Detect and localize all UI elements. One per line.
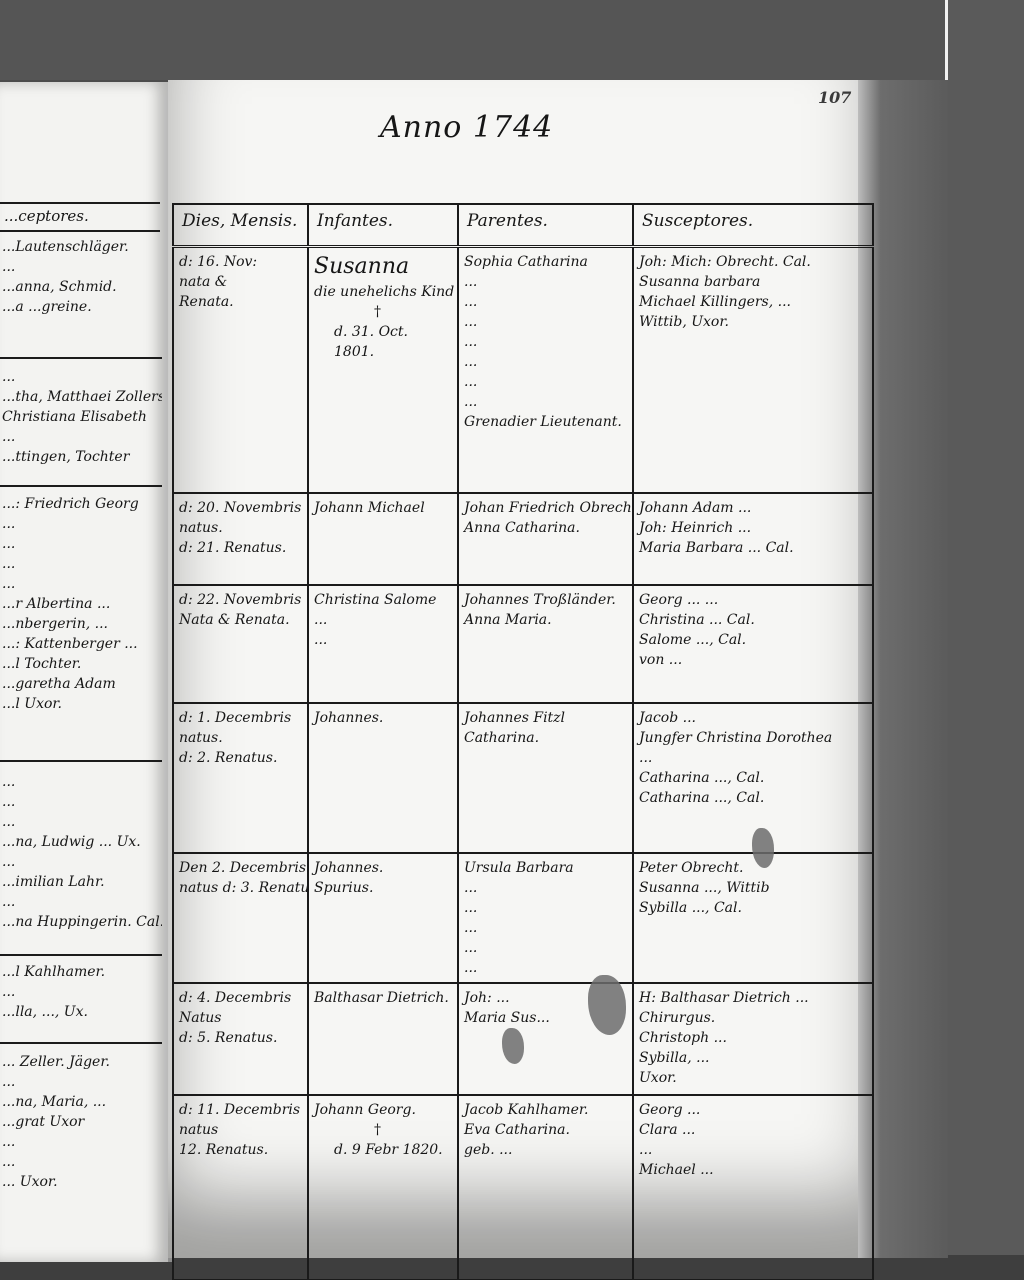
- left-page-line: ...anna, Schmid.: [2, 277, 162, 297]
- scanner-background-top: [0, 0, 1024, 80]
- date-line: d: 20. Novembris: [179, 498, 302, 518]
- sponsor-line: Michael Killingers, ...: [639, 292, 867, 312]
- infant-note: ...: [314, 610, 452, 630]
- parent-line: Johannes Fitzl: [464, 708, 627, 728]
- column-header-infants: Infantes.: [308, 204, 458, 247]
- date-line: natus.: [179, 728, 302, 748]
- infant-name: Johannes.: [314, 708, 452, 728]
- left-page-entry: ......tha, Matthaei Zollers ...Christian…: [2, 367, 162, 467]
- left-page-line: ...: [2, 772, 162, 792]
- sponsor-line: Joh: Mich: Obrecht. Cal.: [639, 252, 867, 272]
- parent-line: ...: [464, 918, 627, 938]
- left-page-line: ...: [2, 812, 162, 832]
- entry-date: d: 20. Novembrisnatus.d: 21. Renatus.: [173, 493, 308, 585]
- sponsor-line: Sybilla ..., Cal.: [639, 898, 867, 918]
- entry-infant: Johannes.Spurius.: [308, 853, 458, 983]
- left-page-line: ...: [2, 534, 162, 554]
- parent-line: ...: [464, 392, 627, 412]
- column-header-parents: Parentes.: [458, 204, 633, 247]
- infant-name: Balthasar Dietrich.: [314, 988, 452, 1008]
- ink-stain: [752, 828, 774, 868]
- entry-sponsors: Johann Adam ...Joh: Heinrich ...Maria Ba…: [633, 493, 873, 585]
- date-line: d: 1. Decembris: [179, 708, 302, 728]
- parent-line: Sophia Catharina: [464, 252, 627, 272]
- infant-name: Johannes.: [314, 858, 452, 878]
- left-page-rule: [0, 357, 162, 359]
- scanner-background-right: [945, 0, 1024, 1280]
- entry-infant: Johann Georg.†d. 9 Febr 1820.: [308, 1095, 458, 1280]
- sponsor-line: Joh: Heinrich ...: [639, 518, 867, 538]
- entry-infant: Susannadie unehelichs Kind†d. 31. Oct. 1…: [308, 247, 458, 493]
- sponsor-line: Peter Obrecht.: [639, 858, 867, 878]
- infant-name: Johann Michael: [314, 498, 452, 518]
- left-page-line: ...lla, ..., Ux.: [2, 1002, 162, 1022]
- left-page-rule: [0, 760, 162, 762]
- folio-number: 107: [818, 88, 851, 107]
- left-page-fragment: ...ceptores. ...Lautenschläger.......ann…: [0, 82, 174, 1262]
- infant-name: Christina Salome: [314, 590, 452, 610]
- left-page-line: ...garetha Adam: [2, 674, 162, 694]
- register-entry-row: d: 16. Nov:nata &Renata.Susannadie unehe…: [173, 247, 873, 493]
- parent-line: ...: [464, 312, 627, 332]
- sponsor-line: Catharina ..., Cal.: [639, 788, 867, 808]
- parent-line: ...: [464, 332, 627, 352]
- entry-sponsors: Georg ... ...Christina ... Cal.Salome ..…: [633, 585, 873, 703]
- left-page-line: Christiana Elisabeth: [2, 407, 162, 427]
- left-page-line: ...r Albertina ...: [2, 594, 162, 614]
- column-header-sponsors: Susceptores.: [633, 204, 873, 247]
- left-page-line: ...na Huppingerin. Cal.: [2, 912, 162, 932]
- sponsor-line: Johann Adam ...: [639, 498, 867, 518]
- baptism-register-table: Dies, Mensis. Infantes. Parentes. Suscep…: [172, 203, 874, 1280]
- left-page-line: ...: [2, 427, 162, 447]
- parent-line: Grenadier Lieutenant.: [464, 412, 627, 432]
- parent-line: Eva Catharina.: [464, 1120, 627, 1140]
- sponsor-line: Georg ... ...: [639, 590, 867, 610]
- infant-note: ...: [314, 630, 452, 650]
- entry-parents: Jacob Kahlhamer.Eva Catharina.geb. ...: [458, 1095, 633, 1280]
- left-page-entry: ...Lautenschläger.......anna, Schmid....…: [2, 237, 162, 317]
- date-line: d: 4. Decembris: [179, 988, 302, 1008]
- year-heading: Anno 1744: [380, 110, 553, 145]
- sponsor-line: Christoph ...: [639, 1028, 867, 1048]
- sponsor-line: Clara ...: [639, 1120, 867, 1140]
- left-page-line: ...: [2, 1072, 162, 1092]
- register-entry-row: Den 2. Decembrisnatus d: 3. Renatus.Joha…: [173, 853, 873, 983]
- left-page-line: ... Zeller. Jäger.: [2, 1052, 162, 1072]
- parent-line: Johannes Troßländer.: [464, 590, 627, 610]
- infant-name: Johann Georg.: [314, 1100, 452, 1120]
- parent-line: geb. ...: [464, 1140, 627, 1160]
- left-page-line: ...: [2, 792, 162, 812]
- entry-sponsors: H: Balthasar Dietrich ...Chirurgus.Chris…: [633, 983, 873, 1095]
- parent-line: ...: [464, 898, 627, 918]
- entry-sponsors: Peter Obrecht.Susanna ..., WittibSybilla…: [633, 853, 873, 983]
- parent-line: Jacob Kahlhamer.: [464, 1100, 627, 1120]
- sponsor-line: Susanna barbara: [639, 272, 867, 292]
- sponsor-line: Christina ... Cal.: [639, 610, 867, 630]
- sponsor-line: ...: [639, 748, 867, 768]
- parent-line: ...: [464, 372, 627, 392]
- entry-date: d: 16. Nov:nata &Renata.: [173, 247, 308, 493]
- parent-line: ...: [464, 352, 627, 372]
- left-page-line: ...ttingen, Tochter: [2, 447, 162, 467]
- sponsor-line: H: Balthasar Dietrich ...: [639, 988, 867, 1008]
- left-page-line: ...: [2, 982, 162, 1002]
- left-page-line: ...: [2, 1132, 162, 1152]
- left-page-line: ...: [2, 1152, 162, 1172]
- parent-line: Catharina.: [464, 728, 627, 748]
- sponsor-line: Michael ...: [639, 1160, 867, 1180]
- entry-sponsors: Joh: Mich: Obrecht. Cal.Susanna barbaraM…: [633, 247, 873, 493]
- death-cross-icon: †: [314, 302, 452, 322]
- date-line: d: 16. Nov:: [179, 252, 302, 272]
- left-page-line: ...: Kattenberger ...: [2, 634, 162, 654]
- left-page-line: ...grat Uxor: [2, 1112, 162, 1132]
- sponsor-line: von ...: [639, 650, 867, 670]
- parent-line: Johan Friedrich Obrecht.: [464, 498, 627, 518]
- left-page-line: ...Lautenschläger.: [2, 237, 162, 257]
- entry-parents: Sophia Catharina.....................Gre…: [458, 247, 633, 493]
- left-page-line: ...na, Ludwig ... Ux.: [2, 832, 162, 852]
- date-line: Renata.: [179, 292, 302, 312]
- sponsor-line: ...: [639, 1140, 867, 1160]
- entry-date: d: 22. NovembrisNata & Renata.: [173, 585, 308, 703]
- left-page-header-text: ...ceptores.: [4, 207, 89, 225]
- entry-date: Den 2. Decembrisnatus d: 3. Renatus.: [173, 853, 308, 983]
- date-line: natus.: [179, 518, 302, 538]
- left-page-column-header: ...ceptores.: [0, 202, 160, 232]
- entry-infant: Balthasar Dietrich.: [308, 983, 458, 1095]
- date-line: natus d: 3. Renatus.: [179, 878, 302, 898]
- left-page-entry: ............na, Ludwig ... Ux.......imil…: [2, 772, 162, 932]
- register-entry-row: d: 22. NovembrisNata & Renata.Christina …: [173, 585, 873, 703]
- sponsor-line: Wittib, Uxor.: [639, 312, 867, 332]
- column-header-date: Dies, Mensis.: [173, 204, 308, 247]
- date-line: d: 11. Decembris: [179, 1100, 302, 1120]
- infant-note: Spurius.: [314, 878, 452, 898]
- death-cross-icon: †: [314, 1120, 452, 1140]
- left-page-entry: ...: Friedrich Georg...............r Alb…: [2, 494, 162, 714]
- date-line: d: 21. Renatus.: [179, 538, 302, 558]
- death-date-note: d. 31. Oct. 1801.: [314, 322, 452, 362]
- left-page-line: ...: [2, 852, 162, 872]
- left-page-line: ...tha, Matthaei Zollers ...: [2, 387, 162, 407]
- parent-line: ...: [464, 272, 627, 292]
- left-page-line: ...a ...greine.: [2, 297, 162, 317]
- entry-parents: Ursula Barbara...............: [458, 853, 633, 983]
- sponsor-line: Catharina ..., Cal.: [639, 768, 867, 788]
- date-line: Nata & Renata.: [179, 610, 302, 630]
- left-page-rule: [0, 1042, 162, 1044]
- sponsor-line: Sybilla, ...: [639, 1048, 867, 1068]
- parent-line: ...: [464, 938, 627, 958]
- left-page-line: ...: [2, 514, 162, 534]
- entry-parents: Johan Friedrich Obrecht.Anna Catharina.: [458, 493, 633, 585]
- left-page-line: ...l Kahlhamer.: [2, 962, 162, 982]
- left-page-line: ...: [2, 574, 162, 594]
- register-entry-row: d: 11. Decembrisnatus12. Renatus.Johann …: [173, 1095, 873, 1280]
- sponsor-line: Chirurgus.: [639, 1008, 867, 1028]
- parent-line: ...: [464, 292, 627, 312]
- infant-note: die unehelichs Kind: [314, 282, 452, 302]
- left-page-line: ...na, Maria, ...: [2, 1092, 162, 1112]
- left-page-rule: [0, 954, 162, 956]
- register-entries: d: 16. Nov:nata &Renata.Susannadie unehe…: [173, 247, 873, 1280]
- date-line: d: 2. Renatus.: [179, 748, 302, 768]
- death-date-note: d. 9 Febr 1820.: [314, 1140, 452, 1160]
- entry-date: d: 11. Decembrisnatus12. Renatus.: [173, 1095, 308, 1280]
- parent-line: ...: [464, 878, 627, 898]
- date-line: natus: [179, 1120, 302, 1140]
- parent-line: Ursula Barbara: [464, 858, 627, 878]
- parent-line: Anna Maria.: [464, 610, 627, 630]
- entry-parents: Johannes FitzlCatharina.: [458, 703, 633, 853]
- left-page-line: ...: [2, 257, 162, 277]
- sponsor-line: Maria Barbara ... Cal.: [639, 538, 867, 558]
- date-line: d: 22. Novembris: [179, 590, 302, 610]
- sponsor-line: Salome ..., Cal.: [639, 630, 867, 650]
- entry-infant: Johannes.: [308, 703, 458, 853]
- ink-stain: [502, 1028, 524, 1064]
- date-line: nata &: [179, 272, 302, 292]
- sponsor-line: Jungfer Christina Dorothea: [639, 728, 867, 748]
- entry-sponsors: Jacob ...Jungfer Christina Dorothea...Ca…: [633, 703, 873, 853]
- sponsor-line: Susanna ..., Wittib: [639, 878, 867, 898]
- entry-infant: Johann Michael: [308, 493, 458, 585]
- left-page-line: ...: [2, 367, 162, 387]
- sponsor-line: Georg ...: [639, 1100, 867, 1120]
- left-page-rule: [0, 485, 162, 487]
- left-page-entry: ... Zeller. Jäger.......na, Maria, .....…: [2, 1052, 162, 1192]
- entry-infant: Christina Salome......: [308, 585, 458, 703]
- entry-parents: Johannes Troßländer.Anna Maria.: [458, 585, 633, 703]
- date-line: d: 5. Renatus.: [179, 1028, 302, 1048]
- entry-sponsors: Georg ...Clara ......Michael ...: [633, 1095, 873, 1280]
- date-line: 12. Renatus.: [179, 1140, 302, 1160]
- entry-date: d: 4. DecembrisNatusd: 5. Renatus.: [173, 983, 308, 1095]
- left-page-line: ...nbergerin, ...: [2, 614, 162, 634]
- register-entry-row: d: 20. Novembrisnatus.d: 21. Renatus.Joh…: [173, 493, 873, 585]
- left-page-entry: ...l Kahlhamer.......lla, ..., Ux.: [2, 962, 162, 1022]
- left-page-line: ...imilian Lahr.: [2, 872, 162, 892]
- sponsor-line: Uxor.: [639, 1068, 867, 1088]
- date-line: Natus: [179, 1008, 302, 1028]
- infant-name: Susanna: [314, 252, 452, 282]
- parent-line: Anna Catharina.: [464, 518, 627, 538]
- left-page-line: ...: Friedrich Georg: [2, 494, 162, 514]
- left-page-line: ...: [2, 554, 162, 574]
- left-page-line: ...: [2, 892, 162, 912]
- left-page-line: ...l Tochter.: [2, 654, 162, 674]
- entry-date: d: 1. Decembrisnatus.d: 2. Renatus.: [173, 703, 308, 853]
- table-header-row: Dies, Mensis. Infantes. Parentes. Suscep…: [173, 204, 873, 247]
- left-page-line: ... Uxor.: [2, 1172, 162, 1192]
- date-line: Den 2. Decembris: [179, 858, 302, 878]
- sponsor-line: Jacob ...: [639, 708, 867, 728]
- left-page-line: ...l Uxor.: [2, 694, 162, 714]
